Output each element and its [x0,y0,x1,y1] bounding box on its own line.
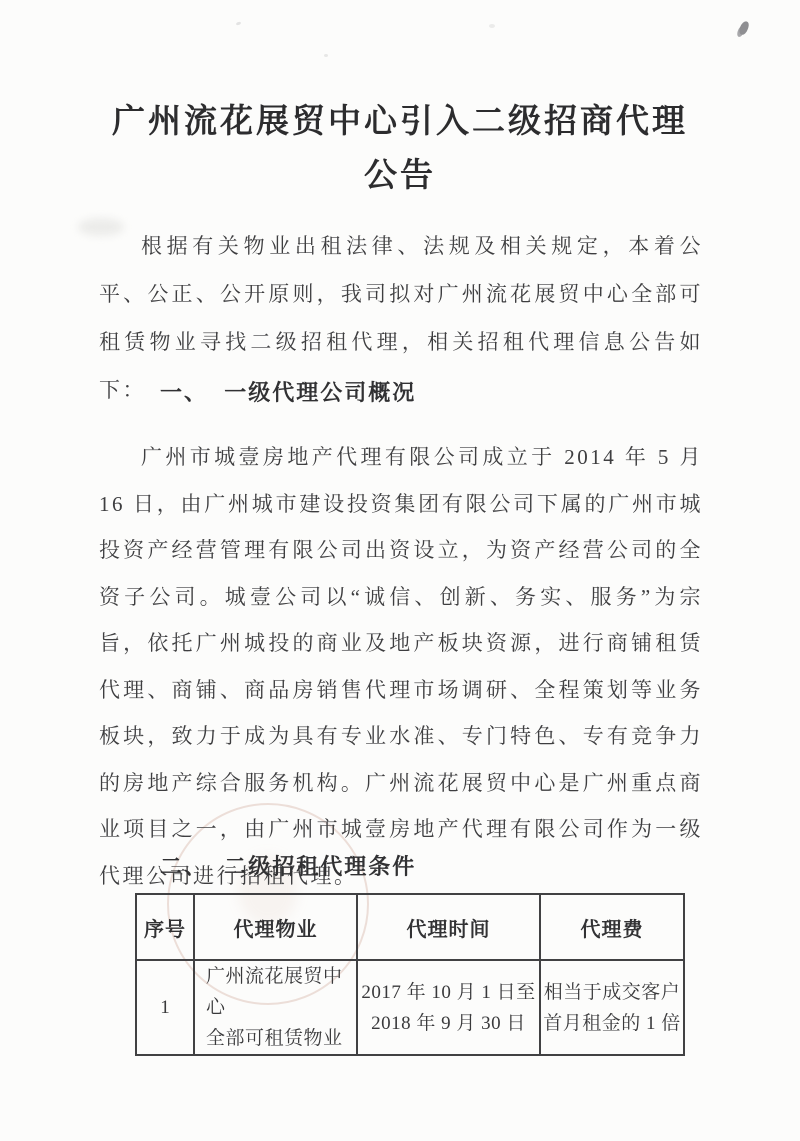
section1-heading: 一、 一级代理公司概况 [160,376,416,407]
property-line1: 广州流花展贸中心 [206,961,356,1023]
header-agency-property: 代理物业 [194,894,357,960]
agency-conditions-table: 序号 代理物业 代理时间 代理费 1 广州流花展贸中心 全部可租赁物业 2017… [135,893,685,1056]
table-row: 1 广州流花展贸中心 全部可租赁物业 2017 年 10 月 1 日至 2018… [136,960,684,1055]
scan-speck [236,21,242,26]
period-line1: 2017 年 10 月 1 日至 [358,977,539,1008]
fee-line1: 相当于成交客户 [541,977,683,1008]
scan-speck [324,54,328,57]
cell-serial-number: 1 [136,960,194,1055]
cell-agency-property: 广州流花展贸中心 全部可租赁物业 [194,960,357,1055]
scan-speck [489,24,495,28]
fee-line2: 首月租金的 1 倍 [541,1008,683,1039]
table-header-row: 序号 代理物业 代理时间 代理费 [136,894,684,960]
document-title-line2: 公告 [0,148,800,202]
document-title: 广州流花展贸中心引入二级招商代理 公告 [0,94,800,202]
section2-heading: 二、 二级招租代理条件 [160,850,416,881]
document-title-line1: 广州流花展贸中心引入二级招商代理 [0,94,800,148]
property-line2: 全部可租赁物业 [206,1023,356,1054]
section1-body-paragraph: 广州市城壹房地产代理有限公司成立于 2014 年 5 月 16 日，由广州城市建… [99,434,703,899]
header-serial-number: 序号 [136,894,194,960]
cell-agency-period: 2017 年 10 月 1 日至 2018 年 9 月 30 日 [357,960,540,1055]
scan-ink-blob [738,20,750,36]
header-agency-fee: 代理费 [540,894,684,960]
period-line2: 2018 年 9 月 30 日 [358,1008,539,1039]
header-agency-period: 代理时间 [357,894,540,960]
cell-agency-fee: 相当于成交客户 首月租金的 1 倍 [540,960,684,1055]
